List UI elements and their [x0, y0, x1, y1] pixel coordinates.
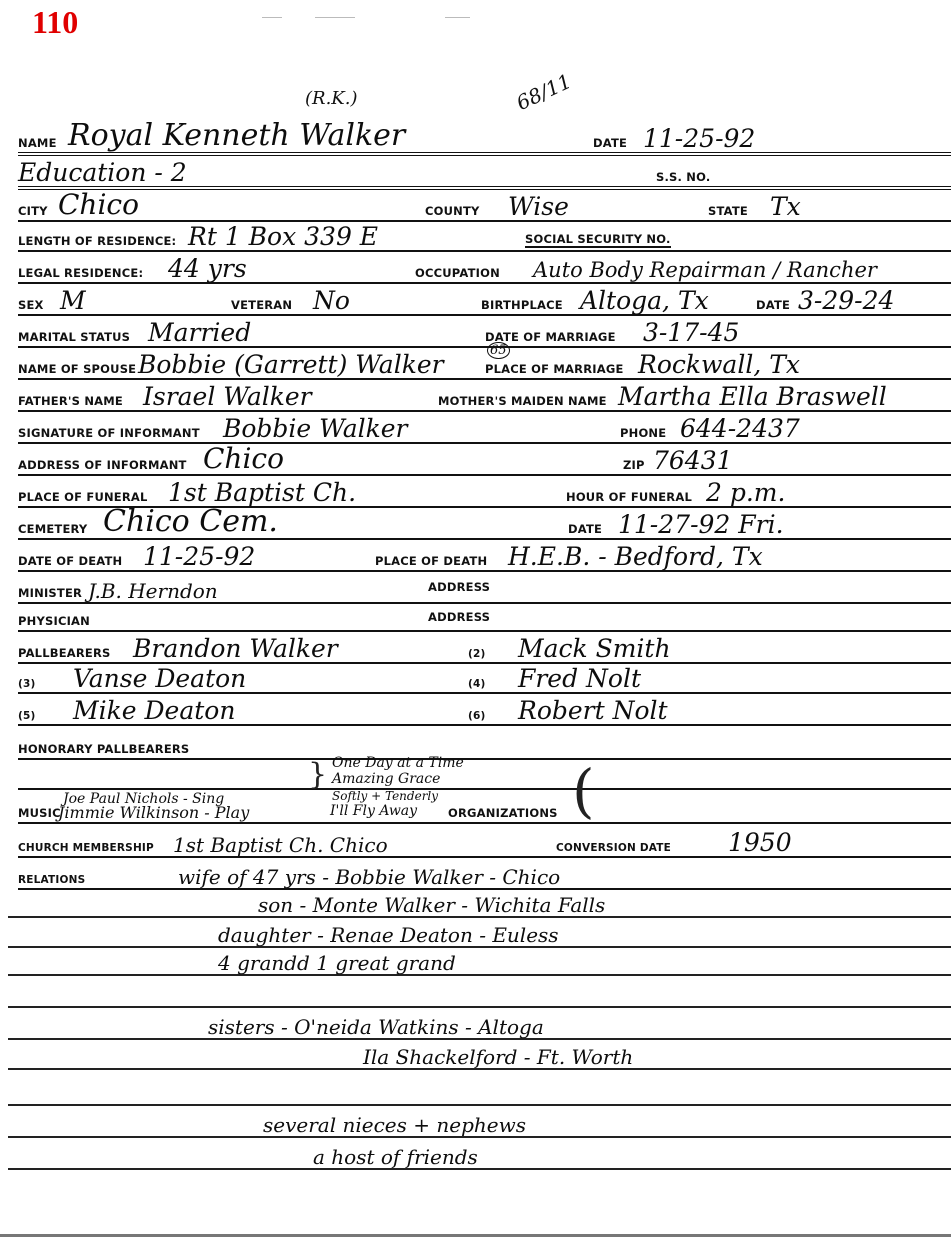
minister-label: MINISTER [18, 586, 82, 600]
veteran-value[interactable]: No [313, 288, 350, 313]
death-place-value[interactable]: H.E.B. - Bedford, Tx [508, 544, 763, 569]
minister-value[interactable]: J.B. Herndon [88, 581, 218, 601]
mother-label: MOTHER'S MAIDEN NAME [438, 394, 607, 408]
row-death: DATE OF DEATH 11-25-92 PLACE OF DEATH H.… [18, 540, 951, 572]
row-parents: FATHER'S NAME Israel Walker MOTHER'S MAI… [18, 380, 951, 412]
funeral-hour-label: HOUR OF FUNERAL [566, 490, 692, 504]
date-value[interactable]: 11-25-92 [643, 126, 755, 151]
phone-value[interactable]: 644-2437 [680, 416, 800, 441]
occupation-value[interactable]: Auto Body Repairman / Rancher [533, 260, 877, 281]
county-value[interactable]: Wise [508, 194, 569, 219]
church-label: CHURCH MEMBERSHIP [18, 842, 154, 854]
row-minister: MINISTER J.B. Herndon ADDRESS [18, 572, 951, 604]
city-value[interactable]: Chico [58, 191, 139, 219]
row-pallbearers-2: (3) Vanse Deaton (4) Fred Nolt [18, 664, 951, 694]
scan-artifact-dash [315, 17, 355, 18]
date-of-marriage-value[interactable]: 3-17-45 [643, 320, 739, 345]
relation-line-1[interactable]: wife of 47 yrs - Bobbie Walker - Chico [178, 867, 560, 887]
pallbearer-4-num: (4) [468, 678, 486, 690]
scan-artifact-dash [262, 17, 282, 18]
father-value[interactable]: Israel Walker [143, 384, 312, 409]
row-cemetery: CEMETERY Chico Cem. DATE 11-27-92 Fri. [18, 508, 951, 540]
row-pallbearers-3: (5) Mike Deaton (6) Robert Nolt [18, 694, 951, 726]
row-relations-6: sisters - O'neida Watkins - Altoga [8, 1008, 951, 1040]
row-informant-address: ADDRESS OF INFORMANT Chico ZIP 76431 [18, 444, 951, 476]
cemetery-value[interactable]: Chico Cem. [103, 507, 278, 537]
honorary-label: HONORARY PALLBEARERS [18, 742, 189, 756]
death-place-label: PLACE OF DEATH [375, 554, 487, 568]
informant-value[interactable]: Bobbie Walker [223, 416, 408, 441]
phone-label: PHONE [620, 426, 666, 440]
cemetery-label: CEMETERY [18, 522, 87, 536]
row-name: NAME Royal Kenneth Walker DATE 11-25-92 [18, 118, 951, 156]
relation-line-2[interactable]: son - Monte Walker - Wichita Falls [258, 895, 605, 915]
place-of-marriage-label: PLACE OF MARRIAGE [485, 362, 624, 376]
funeral-hour-value[interactable]: 2 p.m. [706, 480, 785, 505]
state-value[interactable]: Tx [770, 194, 801, 219]
initials-note: (R.K.) [305, 88, 358, 109]
row-education: Education - 2 S.S. NO. [18, 156, 951, 190]
place-of-marriage-value[interactable]: Rockwall, Tx [638, 352, 800, 377]
church-value[interactable]: 1st Baptist Ch. Chico [173, 835, 388, 855]
bracket-left: } [308, 760, 327, 790]
pallbearer-4[interactable]: Fred Nolt [518, 666, 641, 691]
physician-address-label: ADDRESS [428, 610, 490, 624]
row-music: Joe Paul Nichols - Sing MUSIC Jimmie Wil… [18, 792, 951, 824]
state-label: STATE [708, 204, 748, 218]
date-label: DATE [593, 136, 627, 150]
row-pallbearers-1: PALLBEARERS Brandon Walker (2) Mack Smit… [18, 632, 951, 664]
informant-label: SIGNATURE OF INFORMANT [18, 426, 200, 440]
row-marital: MARITAL STATUS Married DATE OF MARRIAGE … [18, 316, 951, 348]
reference-note: 68/11 [513, 69, 575, 115]
pallbearer-2[interactable]: Mack Smith [518, 636, 671, 661]
funeral-date-value[interactable]: 11-27-92 Fri. [618, 512, 784, 537]
ss-no-label: S.S. NO. [656, 170, 710, 184]
row-honorary: HONORARY PALLBEARERS [18, 730, 951, 760]
spouse-label: NAME OF SPOUSE [18, 362, 136, 376]
row-sex: SEX M VETERAN No BIRTHPLACE Altoga, Tx D… [18, 284, 951, 316]
row-relations-7: Ila Shackelford - Ft. Worth [8, 1040, 951, 1070]
row-legal-residence: LEGAL RESIDENCE: 44 yrs OCCUPATION Auto … [18, 252, 951, 284]
birthplace-label: BIRTHPLACE [481, 298, 563, 312]
sex-label: SEX [18, 298, 44, 312]
ssn-label: SOCIAL SECURITY NO. [525, 232, 671, 248]
row-relations-4: 4 grandd 1 great grand [8, 948, 951, 976]
length-residence-value[interactable]: Rt 1 Box 339 E [188, 224, 378, 249]
city-label: CITY [18, 204, 48, 218]
music-label: MUSIC [18, 806, 61, 820]
pallbearers-label: PALLBEARERS [18, 646, 111, 660]
row-relations-1: RELATIONS wife of 47 yrs - Bobbie Walker… [18, 858, 951, 890]
song-2: Amazing Grace [332, 772, 440, 786]
row-relations-8 [8, 1070, 951, 1106]
row-informant: SIGNATURE OF INFORMANT Bobbie Walker PHO… [18, 412, 951, 444]
pallbearer-2-num: (2) [468, 648, 486, 660]
pallbearer-6[interactable]: Robert Nolt [518, 698, 668, 723]
county-label: COUNTY [425, 204, 480, 218]
organizations-label: ORGANIZATIONS [448, 806, 558, 820]
name-label: NAME [18, 136, 57, 150]
informant-address-label: ADDRESS OF INFORMANT [18, 458, 187, 472]
informant-address-value[interactable]: Chico [203, 445, 284, 473]
relation-line-6[interactable]: sisters - O'neida Watkins - Altoga [208, 1017, 544, 1037]
veteran-label: VETERAN [231, 298, 292, 312]
pallbearer-5-num: (5) [18, 710, 36, 722]
row-relations-10: a host of friends [8, 1138, 951, 1170]
death-date-label: DATE OF DEATH [18, 554, 122, 568]
conversion-label: CONVERSION DATE [556, 842, 671, 854]
death-date-value[interactable]: 11-25-92 [143, 544, 255, 569]
funeral-place-label: PLACE OF FUNERAL [18, 490, 148, 504]
pallbearer-1[interactable]: Brandon Walker [133, 636, 338, 661]
legal-residence-label: LEGAL RESIDENCE: [18, 266, 143, 280]
row-physician: PHYSICIAN ADDRESS [18, 604, 951, 632]
physician-label: PHYSICIAN [18, 614, 90, 628]
row-relations-9: several nieces + nephews [8, 1106, 951, 1138]
birth-date-value[interactable]: 3-29-24 [798, 288, 894, 313]
row-spouse: NAME OF SPOUSE Bobbie (Garrett) Walker P… [18, 348, 951, 380]
relation-line-10[interactable]: a host of friends [313, 1147, 478, 1167]
birth-date-label: DATE [756, 298, 790, 312]
birthplace-value[interactable]: Altoga, Tx [580, 288, 709, 313]
pallbearer-6-num: (6) [468, 710, 486, 722]
date-of-marriage-label: DATE OF MARRIAGE [485, 330, 616, 344]
row-church: CHURCH MEMBERSHIP 1st Baptist Ch. Chico … [18, 826, 951, 858]
occupation-label: OCCUPATION [415, 266, 500, 280]
conversion-value[interactable]: 1950 [728, 830, 792, 855]
scan-artifact-dash [445, 17, 470, 18]
relations-label: RELATIONS [18, 874, 85, 886]
row-relations-3: daughter - Renae Deaton - Euless [8, 918, 951, 948]
spouse-value[interactable]: Bobbie (Garrett) Walker [138, 352, 444, 377]
minister-address-label: ADDRESS [428, 580, 490, 594]
relation-line-3[interactable]: daughter - Renae Deaton - Euless [218, 925, 559, 945]
pallbearer-5[interactable]: Mike Deaton [73, 698, 235, 723]
pallbearer-3[interactable]: Vanse Deaton [73, 666, 246, 691]
row-relations-5 [8, 976, 951, 1008]
sex-value[interactable]: M [60, 288, 86, 313]
mother-value[interactable]: Martha Ella Braswell [618, 384, 887, 409]
music-performer-2[interactable]: Jimmie Wilkinson - Play [58, 805, 249, 821]
song-1: One Day at a Time [332, 756, 464, 770]
row-city: CITY Chico COUNTY Wise STATE Tx [18, 190, 951, 222]
name-value[interactable]: Royal Kenneth Walker [68, 121, 405, 151]
father-label: FATHER'S NAME [18, 394, 123, 408]
marital-status-label: MARITAL STATUS [18, 330, 130, 344]
row-length-residence: LENGTH OF RESIDENCE: Rt 1 Box 339 E SOCI… [18, 220, 951, 252]
relation-line-4[interactable]: 4 grandd 1 great grand [218, 953, 456, 973]
length-residence-label: LENGTH OF RESIDENCE: [18, 234, 176, 248]
funeral-date-label: DATE [568, 522, 602, 536]
education-value[interactable]: Education - 2 [18, 160, 187, 185]
zip-label: ZIP [623, 458, 645, 472]
relation-line-9[interactable]: several nieces + nephews [263, 1115, 526, 1135]
row-honorary-blank [18, 760, 951, 790]
zip-value[interactable]: 76431 [653, 448, 733, 473]
page-number: 110 [32, 4, 78, 41]
legal-residence-value[interactable]: 44 yrs [168, 256, 247, 281]
relation-line-7[interactable]: Ila Shackelford - Ft. Worth [363, 1047, 633, 1067]
pallbearer-3-num: (3) [18, 678, 36, 690]
row-relations-2: son - Monte Walker - Wichita Falls [8, 890, 951, 918]
funeral-place-value[interactable]: 1st Baptist Ch. [168, 480, 356, 505]
marital-status-value[interactable]: Married [148, 320, 251, 345]
